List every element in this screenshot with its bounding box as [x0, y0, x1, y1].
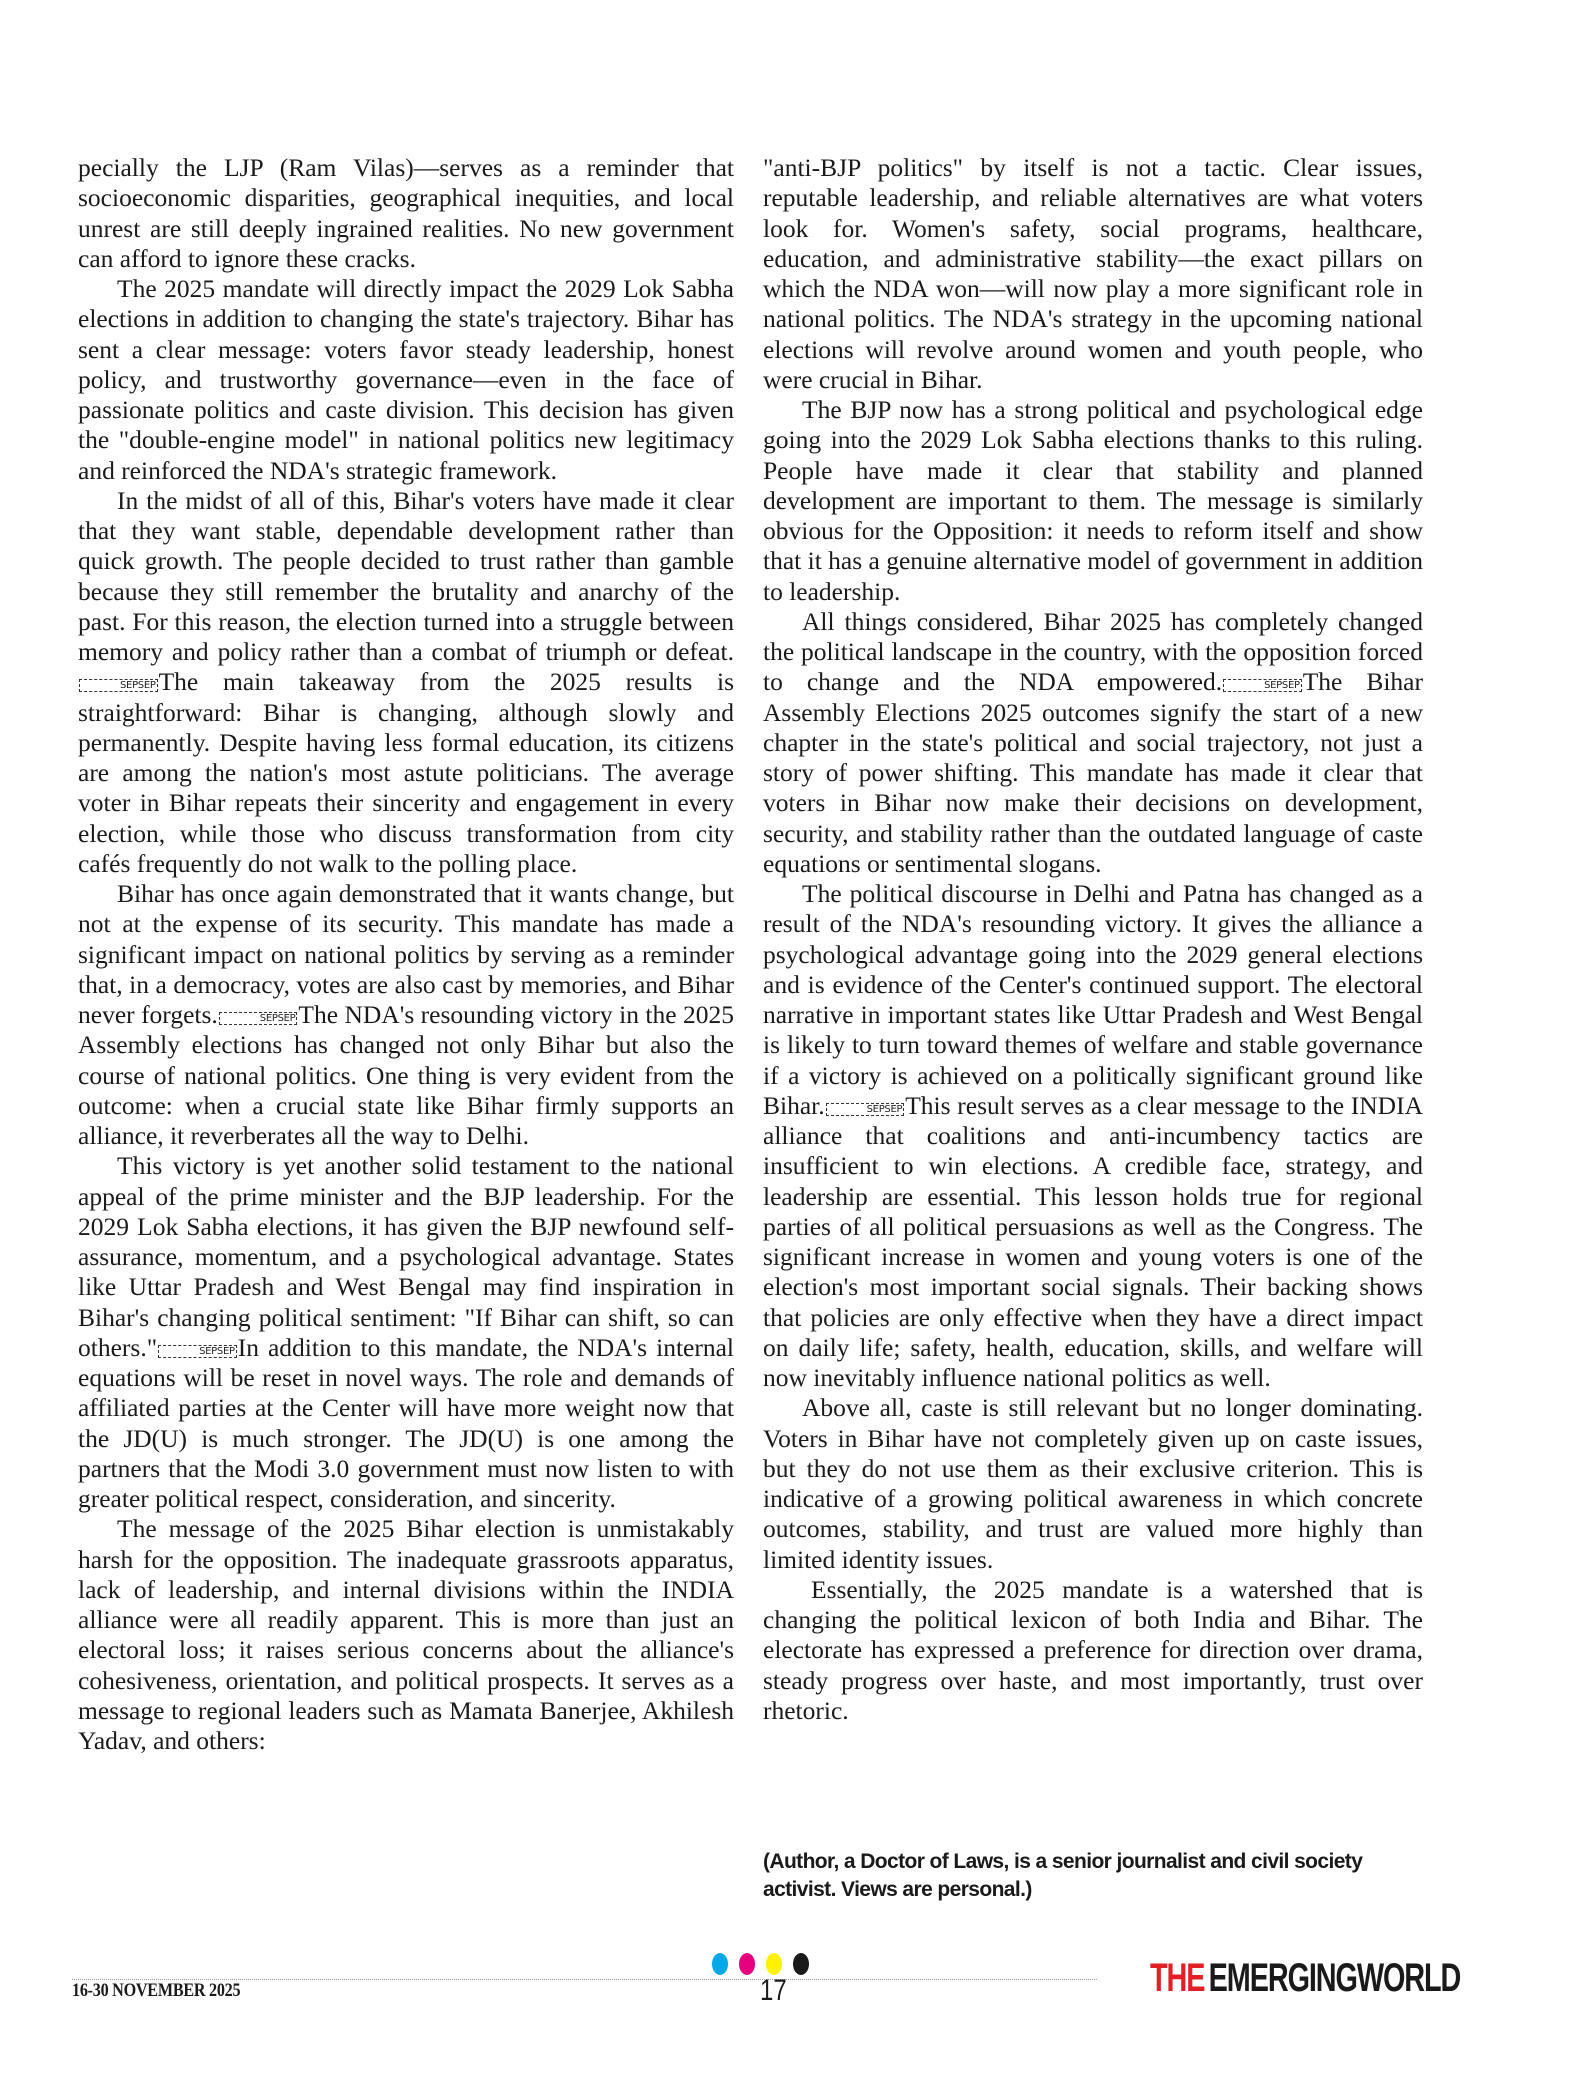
page-number: 17 [760, 1974, 787, 2008]
black-dot-icon [793, 1953, 809, 1975]
publication-logo: THEEMERGINGWORLD [1150, 1956, 1460, 2000]
paragraph-text: In addition to this mandate, the NDA's i… [78, 1333, 734, 1513]
paragraph-text: The main takeaway from the 2025 results … [78, 667, 734, 878]
paragraph-text: In the midst of all of this, Bihar's vot… [78, 486, 734, 666]
paragraph: "anti-BJP politics" by itself is not a t… [763, 153, 1423, 395]
cyan-dot-icon [712, 1953, 728, 1975]
yellow-dot-icon [766, 1953, 782, 1975]
paragraph-text: The political discourse in Delhi and Pat… [763, 879, 1423, 1120]
paragraph: All things considered, Bihar 2025 has co… [763, 607, 1423, 879]
issue-date: 16-30 NOVEMBER 2025 [72, 1980, 240, 2002]
separator-glyph: SEPSEP [1223, 679, 1302, 692]
magenta-dot-icon [739, 1953, 755, 1975]
logo-the: THE [1150, 1956, 1204, 2000]
paragraph: pecially the LJP (Ram Vilas)—serves as a… [78, 153, 734, 274]
paragraph-text: This result serves as a clear message to… [763, 1091, 1423, 1392]
separator-glyph: SEPSEP [79, 679, 158, 692]
paragraph-text: This victory is yet another solid testam… [78, 1151, 734, 1362]
paragraph: The political discourse in Delhi and Pat… [763, 879, 1423, 1393]
paragraph: The message of the 2025 Bihar election i… [78, 1514, 734, 1756]
separator-glyph: SEPSEP [826, 1103, 905, 1116]
paragraph: Essentially, the 2025 mandate is a water… [763, 1575, 1423, 1726]
paragraph: Above all, caste is still relevant but n… [763, 1393, 1423, 1575]
separator-glyph: SEPSEP [219, 1012, 298, 1025]
paragraph: The 2025 mandate will directly impact th… [78, 274, 734, 486]
paragraph-text: The Bihar Assembly Elections 2025 outcom… [763, 667, 1423, 878]
paragraph: In the midst of all of this, Bihar's vot… [78, 486, 734, 879]
paragraph: The BJP now has a strong political and p… [763, 395, 1423, 607]
logo-emerging-world: EMERGINGWORLD [1209, 1956, 1461, 2000]
paragraph: Bihar has once again demonstrated that i… [78, 879, 734, 1151]
paragraph: This victory is yet another solid testam… [78, 1151, 734, 1514]
separator-glyph: SEPSEP [158, 1345, 237, 1358]
article-column-left: pecially the LJP (Ram Vilas)—serves as a… [78, 153, 734, 1756]
author-byline: (Author, a Doctor of Laws, is a senior j… [763, 1848, 1423, 1904]
article-column-right: "anti-BJP politics" by itself is not a t… [763, 153, 1423, 1726]
